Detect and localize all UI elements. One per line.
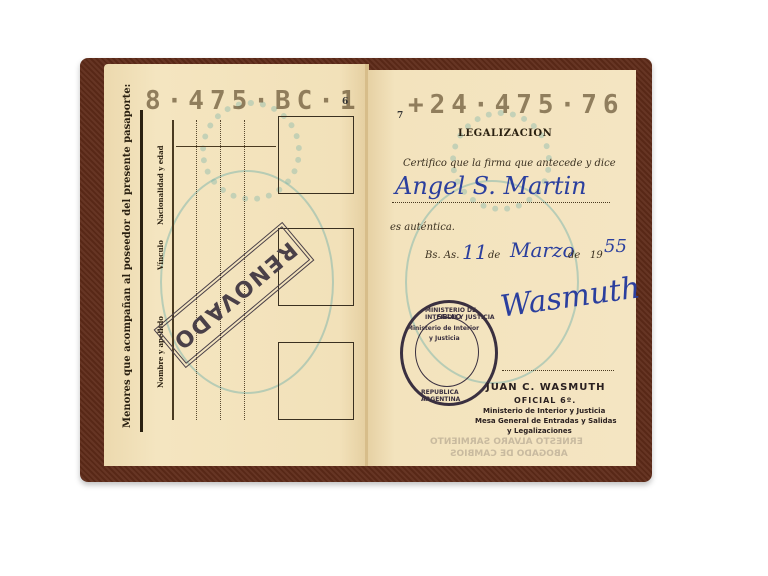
- dotted-line: [196, 120, 197, 420]
- photo-box-1: [278, 116, 354, 194]
- official-department-2: Mesa General de Entradas y Salidas: [475, 417, 617, 425]
- seal-center-1: SELLO: [437, 313, 461, 321]
- legalization-title: LEGALIZACION: [458, 128, 552, 139]
- official-rank: OFICIAL 6º.: [514, 396, 576, 405]
- month-value: Marzo: [510, 238, 575, 262]
- day-value: 11: [462, 240, 487, 264]
- year-value: 55: [604, 236, 627, 257]
- minors-heading: Menores que acompañan al poseedor del pr…: [122, 84, 133, 428]
- authentic-text: es auténtica.: [390, 222, 455, 233]
- page-number-right: 7: [397, 111, 403, 121]
- seal-ring-bottom: REPUBLICA ARGENTINA: [421, 389, 495, 403]
- ministry-seal: MINISTERIO DE INTERIOR Y JUSTICIA REPUBL…: [400, 300, 498, 406]
- seal-center-3: y Justicia: [429, 335, 460, 342]
- certification-text: Certifico que la firma que antecede y di…: [403, 158, 616, 169]
- photo-box-3: [278, 342, 354, 420]
- page-number-left: 6: [342, 97, 348, 107]
- perforated-number-left: 8·475·BC·1: [145, 86, 362, 116]
- seal-center-2: Ministerio de Interior: [407, 325, 479, 332]
- official-signature-line: [502, 370, 614, 371]
- table-line: [176, 146, 276, 147]
- de-label-1: de: [488, 250, 500, 261]
- ghost-stamp-line-2: ABOGADO DE CAMBIOS: [450, 449, 568, 459]
- column-nationality-age: Nacionalidad y edad: [156, 145, 165, 225]
- column-relationship: Vínculo: [156, 240, 165, 270]
- official-name: JUAN C. WASMUTH: [486, 382, 606, 393]
- certified-signature: Angel S. Martin: [395, 172, 587, 200]
- table-line: [172, 120, 174, 420]
- year-prefix: 19: [590, 250, 603, 261]
- signature-line: [392, 202, 610, 203]
- place-text: Bs. As.: [425, 250, 459, 261]
- header-rule: [140, 110, 143, 432]
- de-label-2: de: [568, 250, 580, 261]
- ghost-stamp-line-1: ERNESTO ALVARO SARMIENTO: [430, 437, 583, 447]
- perforated-number-right: +24·475·76: [408, 90, 625, 120]
- dotted-line: [220, 120, 221, 420]
- official-department-1: Ministerio de Interior y Justicia: [483, 407, 605, 415]
- official-department-3: y Legalizaciones: [507, 427, 572, 435]
